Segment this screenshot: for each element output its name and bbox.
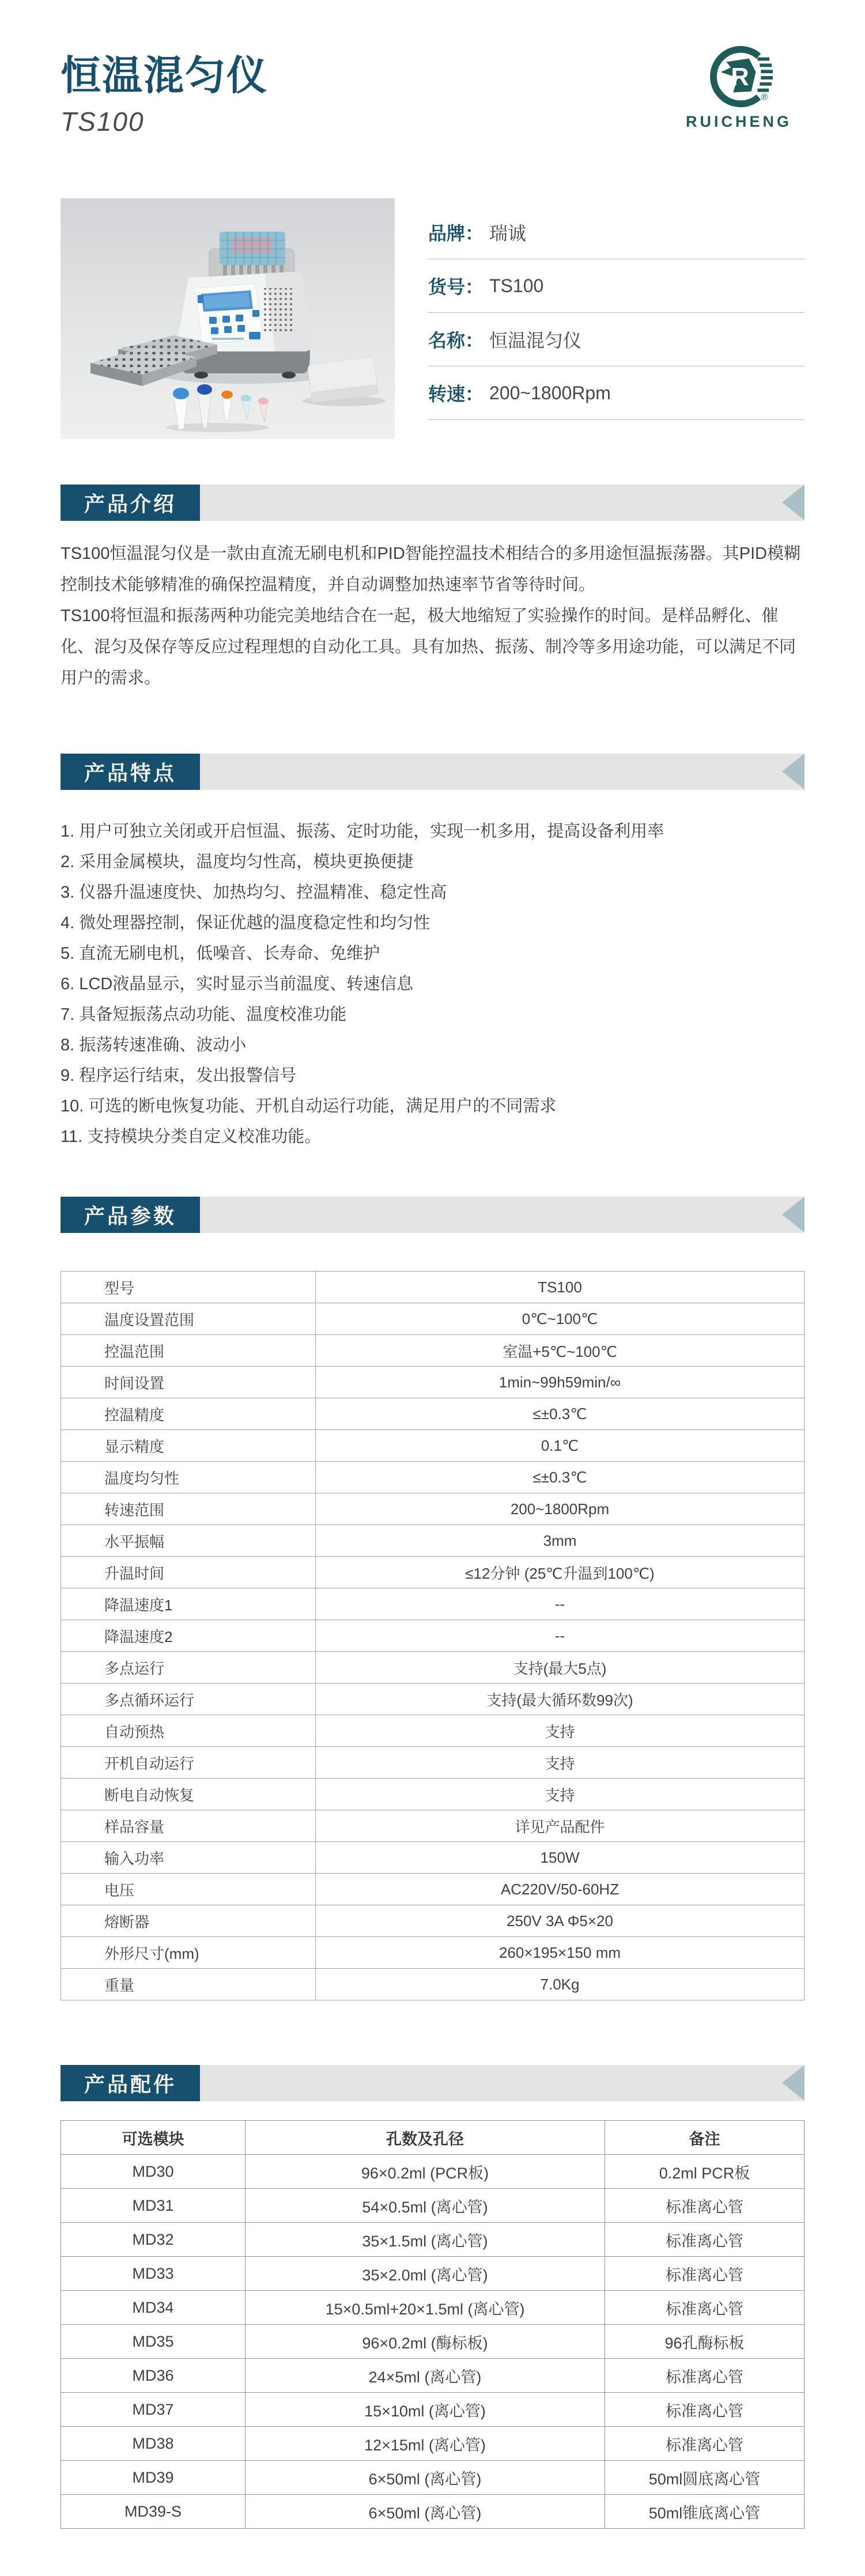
param-value-cell: 支持(最大5点) <box>316 1652 804 1684</box>
accessory-holes-cell: 96×0.2ml (酶标板) <box>245 2325 605 2359</box>
section-title: 产品参数 <box>61 1197 200 1233</box>
chevron-left-icon <box>782 754 804 789</box>
params-table: 型号 TS100 温度设置范围 0℃~100℃ 控温范围 室温+5℃~100℃ … <box>61 1271 804 2000</box>
param-value-cell: 0.1℃ <box>316 1430 804 1462</box>
accessory-note-cell: 标准离心管 <box>605 2257 804 2291</box>
overview-spec-list: 品牌： 瑞诚 货号： TS100 名称： 恒温混匀仪 转速： 200~1800R… <box>428 198 804 439</box>
product-photo-image <box>61 198 395 439</box>
page-header: 恒温混匀仪 TS100 R ® RUICHENG <box>61 0 804 137</box>
accessories-header-cell: 可选模块 <box>61 2121 245 2155</box>
param-value-cell: ≤±0.3℃ <box>316 1462 804 1493</box>
param-label-cell: 升温时间 <box>61 1557 316 1588</box>
product-page: 恒温混匀仪 TS100 R ® RUICHENG <box>0 0 865 2576</box>
accessory-row: MD33 35×2.0ml (离心管) 标准离心管 <box>61 2257 804 2291</box>
accessory-note-cell: 50ml锥底离心管 <box>605 2495 804 2529</box>
param-label-cell: 多点循环运行 <box>61 1684 316 1715</box>
accessory-holes-cell: 12×15ml (离心管) <box>245 2427 605 2461</box>
spec-label: 品牌： <box>428 219 484 245</box>
intro-paragraph: TS100将恒温和振荡两种功能完美地结合在一起，极大地缩短了实验操作的时间。是样… <box>61 600 804 694</box>
section-header-params: 产品参数 <box>61 1197 804 1233</box>
param-value-cell: 250V 3A Φ5×20 <box>316 1905 804 1937</box>
param-value-cell: 150W <box>316 1842 804 1874</box>
param-row: 控温范围 室温+5℃~100℃ <box>61 1335 804 1367</box>
param-value-cell: ≤±0.3℃ <box>316 1398 804 1430</box>
accessory-holes-cell: 96×0.2ml (PCR板) <box>245 2155 605 2189</box>
param-value-cell: 支持(最大循环数99次) <box>316 1684 804 1715</box>
accessory-module-cell: MD30 <box>61 2155 245 2189</box>
param-row: 样品容量 详见产品配件 <box>61 1810 804 1842</box>
accessory-module-cell: MD36 <box>61 2359 245 2393</box>
section-rail <box>200 2065 804 2101</box>
param-row: 多点运行 支持(最大5点) <box>61 1652 804 1684</box>
accessory-row: MD30 96×0.2ml (PCR板) 0.2ml PCR板 <box>61 2155 804 2189</box>
accessory-note-cell: 标准离心管 <box>605 2393 804 2427</box>
product-overview: 品牌： 瑞诚 货号： TS100 名称： 恒温混匀仪 转速： 200~1800R… <box>61 198 804 439</box>
intro-paragraph: TS100恒温混匀仪是一款由直流无刷电机和PID智能控温技术相结合的多用途恒温振… <box>61 538 804 600</box>
param-label-cell: 外形尺寸(mm) <box>61 1937 316 1969</box>
spec-label: 货号： <box>428 273 484 299</box>
param-row: 电压 AC220V/50-60HZ <box>61 1874 804 1905</box>
section-header-intro: 产品介绍 <box>61 485 804 521</box>
param-value-cell: 0℃~100℃ <box>316 1303 804 1335</box>
accessory-note-cell: 标准离心管 <box>605 2359 804 2393</box>
param-row: 自动预热 支持 <box>61 1715 804 1747</box>
param-row: 输入功率 150W <box>61 1842 804 1874</box>
accessories-table: 可选模块孔数及孔径备注 MD30 96×0.2ml (PCR板) 0.2ml P… <box>61 2120 804 2529</box>
param-label-cell: 电压 <box>61 1874 316 1905</box>
param-value-cell: 支持 <box>316 1747 804 1779</box>
spec-label: 转速： <box>428 380 484 406</box>
param-row: 多点循环运行 支持(最大循环数99次) <box>61 1684 804 1715</box>
spec-row: 转速： 200~1800Rpm <box>428 366 804 420</box>
accessory-holes-cell: 6×50ml (离心管) <box>245 2495 605 2529</box>
param-row: 断电自动恢复 支持 <box>61 1779 804 1810</box>
param-value-cell: 7.0Kg <box>316 1969 804 2000</box>
param-label-cell: 温度设置范围 <box>61 1303 316 1335</box>
feature-item: 9. 程序运行结束，发出报警信号 <box>61 1061 804 1091</box>
param-row: 型号 TS100 <box>61 1272 804 1303</box>
params-table-body: 型号 TS100 温度设置范围 0℃~100℃ 控温范围 室温+5℃~100℃ … <box>61 1272 804 2000</box>
param-row: 控温精度 ≤±0.3℃ <box>61 1398 804 1430</box>
feature-item: 1. 用户可独立关闭或开启恒温、振荡、定时功能，实现一机多用，提高设备利用率 <box>61 816 804 847</box>
param-value-cell: 详见产品配件 <box>316 1810 804 1842</box>
spec-row: 品牌： 瑞诚 <box>428 206 804 259</box>
section-title: 产品配件 <box>61 2065 200 2101</box>
param-row: 温度均匀性 ≤±0.3℃ <box>61 1462 804 1493</box>
param-value-cell: -- <box>316 1620 804 1652</box>
spec-row: 货号： TS100 <box>428 259 804 313</box>
param-label-cell: 开机自动运行 <box>61 1747 316 1779</box>
accessory-row: MD38 12×15ml (离心管) 标准离心管 <box>61 2427 804 2461</box>
accessory-row: MD34 15×0.5ml+20×1.5ml (离心管) 标准离心管 <box>61 2291 804 2325</box>
param-value-cell: 1min~99h59min/∞ <box>316 1367 804 1398</box>
feature-item: 3. 仪器升温速度快、加热均匀、控温精准、稳定性高 <box>61 877 804 908</box>
section-title: 产品特点 <box>61 754 200 790</box>
param-label-cell: 样品容量 <box>61 1810 316 1842</box>
accessory-holes-cell: 24×5ml (离心管) <box>245 2359 605 2393</box>
accessory-row: MD36 24×5ml (离心管) 标准离心管 <box>61 2359 804 2393</box>
param-value-cell: -- <box>316 1588 804 1620</box>
accessories-header-row: 可选模块孔数及孔径备注 <box>61 2121 804 2155</box>
accessory-row: MD39 6×50ml (离心管) 50ml圆底离心管 <box>61 2461 804 2495</box>
param-value-cell: 室温+5℃~100℃ <box>316 1335 804 1367</box>
param-value-cell: 200~1800Rpm <box>316 1493 804 1525</box>
spec-value: TS100 <box>489 275 543 297</box>
emblem-letter: R <box>731 63 749 91</box>
intro-paragraphs: TS100恒温混匀仪是一款由直流无刷电机和PID智能控温技术相结合的多用途恒温振… <box>61 538 804 694</box>
param-value-cell: TS100 <box>316 1272 804 1303</box>
param-row: 降温速度1 -- <box>61 1588 804 1620</box>
param-label-cell: 熔断器 <box>61 1905 316 1937</box>
section-intro: 产品介绍 TS100恒温混匀仪是一款由直流无刷电机和PID智能控温技术相结合的多… <box>61 485 804 694</box>
section-header-features: 产品特点 <box>61 754 804 790</box>
param-row: 显示精度 0.1℃ <box>61 1430 804 1462</box>
feature-item: 8. 振荡转速准确、波动小 <box>61 1030 804 1061</box>
spec-value: 200~1800Rpm <box>489 383 611 404</box>
param-label-cell: 多点运行 <box>61 1652 316 1684</box>
accessory-module-cell: MD39-S <box>61 2495 245 2529</box>
accessory-row: MD32 35×1.5ml (离心管) 标准离心管 <box>61 2223 804 2257</box>
param-label-cell: 控温范围 <box>61 1335 316 1367</box>
section-rail <box>200 754 804 790</box>
accessory-module-cell: MD37 <box>61 2393 245 2427</box>
feature-item: 7. 具备短振荡点动功能、温度校准功能 <box>61 1000 804 1030</box>
param-value-cell: 3mm <box>316 1525 804 1557</box>
param-label-cell: 重量 <box>61 1969 316 2000</box>
accessories-table-body: MD30 96×0.2ml (PCR板) 0.2ml PCR板 MD31 54×… <box>61 2155 804 2529</box>
accessory-holes-cell: 15×0.5ml+20×1.5ml (离心管) <box>245 2291 605 2325</box>
accessory-holes-cell: 54×0.5ml (离心管) <box>245 2189 605 2223</box>
section-features: 产品特点 1. 用户可独立关闭或开启恒温、振荡、定时功能，实现一机多用，提高设备… <box>61 754 804 1152</box>
accessory-note-cell: 标准离心管 <box>605 2427 804 2461</box>
param-value-cell: 260×195×150 mm <box>316 1937 804 1969</box>
spec-value: 瑞诚 <box>489 219 526 245</box>
param-label-cell: 自动预热 <box>61 1715 316 1747</box>
accessory-note-cell: 0.2ml PCR板 <box>605 2155 804 2189</box>
accessory-module-cell: MD31 <box>61 2189 245 2223</box>
param-label-cell: 水平振幅 <box>61 1525 316 1557</box>
param-label-cell: 转速范围 <box>61 1493 316 1525</box>
param-value-cell: AC220V/50-60HZ <box>316 1874 804 1905</box>
accessory-row: MD37 15×10ml (离心管) 标准离心管 <box>61 2393 804 2427</box>
param-label-cell: 降温速度1 <box>61 1588 316 1620</box>
accessory-module-cell: MD32 <box>61 2223 245 2257</box>
param-row: 重量 7.0Kg <box>61 1969 804 2000</box>
accessory-note-cell: 96孔酶标板 <box>605 2325 804 2359</box>
accessory-row: MD39-S 6×50ml (离心管) 50ml锥底离心管 <box>61 2495 804 2529</box>
accessory-module-cell: MD33 <box>61 2257 245 2291</box>
param-row: 降温速度2 -- <box>61 1620 804 1652</box>
param-row: 时间设置 1min~99h59min/∞ <box>61 1367 804 1398</box>
accessories-header-cell: 备注 <box>605 2121 804 2155</box>
spec-label: 名称： <box>428 326 484 353</box>
param-label-cell: 控温精度 <box>61 1398 316 1430</box>
lid-box <box>308 357 379 403</box>
accessory-module-cell: MD35 <box>61 2325 245 2359</box>
param-row: 升温时间 ≤12分钟 (25℃升温到100℃) <box>61 1557 804 1588</box>
chevron-left-icon <box>782 1197 804 1232</box>
spec-value: 恒温混匀仪 <box>489 326 581 353</box>
section-title: 产品介绍 <box>61 485 200 521</box>
accessory-module-cell: MD38 <box>61 2427 245 2461</box>
brand-wordmark: RUICHENG <box>677 113 801 131</box>
section-header-accessories: 产品配件 <box>61 2065 804 2101</box>
chevron-left-icon <box>782 2065 804 2101</box>
section-rail <box>200 485 804 521</box>
spec-row: 名称： 恒温混匀仪 <box>428 313 804 366</box>
accessories-header-cell: 孔数及孔径 <box>245 2121 605 2155</box>
accessory-row: MD31 54×0.5ml (离心管) 标准离心管 <box>61 2189 804 2223</box>
accessory-note-cell: 标准离心管 <box>605 2291 804 2325</box>
accessory-module-cell: MD39 <box>61 2461 245 2495</box>
accessory-note-cell: 标准离心管 <box>605 2189 804 2223</box>
param-row: 水平振幅 3mm <box>61 1525 804 1557</box>
feature-item: 11. 支持模块分类自定义校准功能。 <box>61 1122 804 1152</box>
section-params: 产品参数 型号 TS100 温度设置范围 0℃~100℃ 控温范围 室温+5℃~… <box>61 1197 804 2000</box>
accessory-note-cell: 标准离心管 <box>605 2223 804 2257</box>
accessory-note-cell: 50ml圆底离心管 <box>605 2461 804 2495</box>
ruicheng-emblem-icon: R ® <box>704 41 774 112</box>
param-value-cell: 支持 <box>316 1715 804 1747</box>
registered-mark: ® <box>761 92 768 102</box>
param-label-cell: 显示精度 <box>61 1430 316 1462</box>
param-label-cell: 输入功率 <box>61 1842 316 1874</box>
param-row: 转速范围 200~1800Rpm <box>61 1493 804 1525</box>
param-label-cell: 降温速度2 <box>61 1620 316 1652</box>
param-row: 温度设置范围 0℃~100℃ <box>61 1303 804 1335</box>
param-row: 开机自动运行 支持 <box>61 1747 804 1779</box>
accessory-module-cell: MD34 <box>61 2291 245 2325</box>
param-label-cell: 断电自动恢复 <box>61 1779 316 1810</box>
accessory-holes-cell: 6×50ml (离心管) <box>245 2461 605 2495</box>
feature-item: 6. LCD液晶显示，实时显示当前温度、转速信息 <box>61 969 804 1000</box>
param-row: 熔断器 250V 3A Φ5×20 <box>61 1905 804 1937</box>
features-list: 1. 用户可独立关闭或开启恒温、振荡、定时功能，实现一机多用，提高设备利用率2.… <box>61 816 804 1152</box>
accessory-holes-cell: 15×10ml (离心管) <box>245 2393 605 2427</box>
brand-logo: R ® RUICHENG <box>677 41 801 131</box>
param-label-cell: 温度均匀性 <box>61 1462 316 1493</box>
feature-item: 2. 采用金属模块，温度均匀性高，模块更换便捷 <box>61 847 804 877</box>
section-rail <box>200 1197 804 1233</box>
accessory-holes-cell: 35×1.5ml (离心管) <box>245 2223 605 2257</box>
param-value-cell: ≤12分钟 (25℃升温到100℃) <box>316 1557 804 1588</box>
param-label-cell: 型号 <box>61 1272 316 1303</box>
accessory-row: MD35 96×0.2ml (酶标板) 96孔酶标板 <box>61 2325 804 2359</box>
feature-item: 5. 直流无刷电机，低噪音、长寿命、免维护 <box>61 939 804 969</box>
emblem-stripes <box>757 58 773 92</box>
param-label-cell: 时间设置 <box>61 1367 316 1398</box>
feature-item: 4. 微处理器控制，保证优越的温度稳定性和均匀性 <box>61 908 804 939</box>
section-accessories: 产品配件 可选模块孔数及孔径备注 MD30 96×0.2ml (PCR板) 0.… <box>61 2065 804 2529</box>
chevron-left-icon <box>782 485 804 520</box>
param-row: 外形尺寸(mm) 260×195×150 mm <box>61 1937 804 1969</box>
accessory-holes-cell: 35×2.0ml (离心管) <box>245 2257 605 2291</box>
param-value-cell: 支持 <box>316 1779 804 1810</box>
feature-item: 10. 可选的断电恢复功能、开机自动运行功能，满足用户的不同需求 <box>61 1091 804 1122</box>
